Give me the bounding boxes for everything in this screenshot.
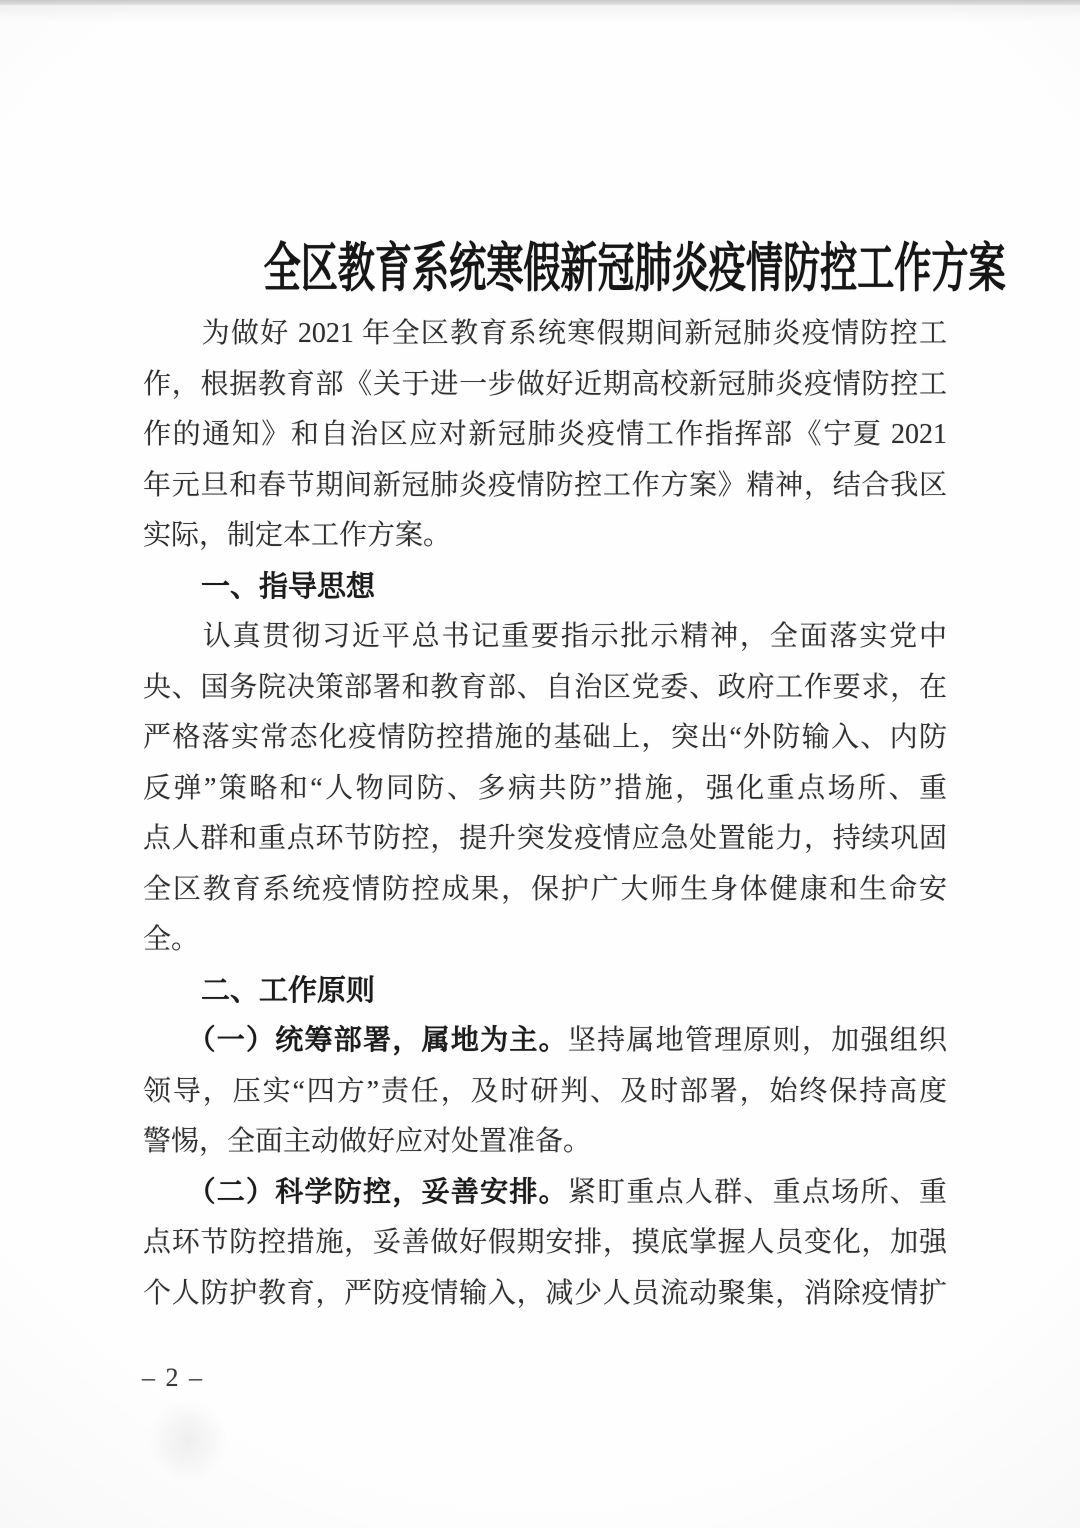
text-segment: 点人群和重点环节防控，提升突发疫情应急处置能力，持续巩固: [143, 823, 947, 854]
text-segment: 严格落实常态化疫情防控措施的基础上，突出“外防输入、内防: [143, 722, 947, 753]
text-segment: 作的通知》和自治区应对新冠肺炎疫情工作指挥部《宁夏 2021: [143, 419, 947, 450]
text-segment: 认真贯彻习近平总书记重要指示批示精神，全面落实党中: [143, 621, 947, 652]
text-line: 年元旦和春节期间新冠肺炎疫情防控工作方案》精神，结合我区: [143, 461, 947, 512]
bold-text-segment: （二）科学防控，妥善安排。: [143, 1177, 568, 1208]
paragraph-heading: 二、工作原则: [143, 966, 947, 1017]
text-line: 作的通知》和自治区应对新冠肺炎疫情工作指挥部《宁夏 2021: [143, 410, 947, 461]
text-segment: 领导，压实“四方”责任，及时研判、及时部署，始终保持高度: [143, 1076, 947, 1107]
text-segment: 实际，制定本工作方案。: [143, 520, 451, 551]
text-line: 点环节防控措施，妥善做好假期安排，摸底掌握人员变化，加强: [143, 1218, 947, 1269]
scanned-document-page: { "document": { "title": "全区教育系统寒假新冠肺炎疫情…: [0, 0, 1080, 1528]
page-number: – 2 –: [142, 1358, 204, 1398]
text-line: 警惕，全面主动做好应对处置准备。: [143, 1117, 947, 1168]
paragraph-body: 为做好 2021 年全区教育系统寒假期间新冠肺炎疫情防控工作，根据教育部《关于进…: [143, 309, 947, 562]
document-title: 全区教育系统寒假新冠肺炎疫情防控工作方案: [264, 238, 827, 300]
paragraph-heading: 一、指导思想: [143, 562, 947, 613]
text-line: 严格落实常态化疫情防控措施的基础上，突出“外防输入、内防: [143, 713, 947, 764]
text-segment: 全区教育系统疫情防控成果，保护广大师生身体健康和生命安: [143, 874, 947, 905]
text-line: 作，根据教育部《关于进一步做好近期高校新冠肺炎疫情防控工: [143, 360, 947, 411]
paragraph-item: （二）科学防控，妥善安排。紧盯重点人群、重点场所、重点环节防控措施，妥善做好假期…: [143, 1168, 947, 1320]
text-segment: 点环节防控措施，妥善做好假期安排，摸底掌握人员变化，加强: [143, 1227, 947, 1258]
text-segment: 坚持属地管理原则，加强组织: [568, 1025, 947, 1056]
paragraph-item: （一）统筹部署，属地为主。坚持属地管理原则，加强组织领导，压实“四方”责任，及时…: [143, 1016, 947, 1168]
text-line: 全区教育系统疫情防控成果，保护广大师生身体健康和生命安: [143, 865, 947, 916]
text-line: 全。: [143, 915, 947, 966]
photo-top-fade: [0, 5, 1080, 23]
bold-text-segment: （一）统筹部署，属地为主。: [143, 1025, 568, 1056]
text-line: 领导，压实“四方”责任，及时研判、及时部署，始终保持高度: [143, 1067, 947, 1118]
text-line: 央、国务院决策部署和教育部、自治区党委、政府工作要求，在: [143, 663, 947, 714]
paragraph-body: 认真贯彻习近平总书记重要指示批示精神，全面落实党中央、国务院决策部署和教育部、自…: [143, 612, 947, 966]
text-line: 个人防护教育，严防疫情输入，减少人员流动聚集，消除疫情扩: [143, 1269, 947, 1320]
text-line: 反弹”策略和“人物同防、多病共防”措施，强化重点场所、重: [143, 764, 947, 815]
text-segment: 个人防护教育，严防疫情输入，减少人员流动聚集，消除疫情扩: [143, 1278, 947, 1309]
text-segment: 全。: [143, 924, 199, 955]
photo-smudge: [148, 1398, 228, 1483]
text-segment: 反弹”策略和“人物同防、多病共防”措施，强化重点场所、重: [143, 773, 947, 804]
bold-text-segment: 一、指导思想: [143, 571, 375, 603]
text-segment: 央、国务院决策部署和教育部、自治区党委、政府工作要求，在: [143, 672, 947, 703]
text-line: 二、工作原则: [143, 966, 947, 1017]
text-line: 认真贯彻习近平总书记重要指示批示精神，全面落实党中: [143, 612, 947, 663]
text-line: 为做好 2021 年全区教育系统寒假期间新冠肺炎疫情防控工: [143, 309, 947, 360]
text-segment: 警惕，全面主动做好应对处置准备。: [143, 1126, 591, 1157]
text-segment: 作，根据教育部《关于进一步做好近期高校新冠肺炎疫情防控工: [143, 369, 947, 400]
text-line: （一）统筹部署，属地为主。坚持属地管理原则，加强组织: [143, 1016, 947, 1067]
text-line: 一、指导思想: [143, 562, 947, 613]
text-line: （二）科学防控，妥善安排。紧盯重点人群、重点场所、重: [143, 1168, 947, 1219]
text-segment: 紧盯重点人群、重点场所、重: [568, 1177, 947, 1208]
text-line: 实际，制定本工作方案。: [143, 511, 947, 562]
bold-text-segment: 二、工作原则: [143, 975, 375, 1007]
document-body: 为做好 2021 年全区教育系统寒假期间新冠肺炎疫情防控工作，根据教育部《关于进…: [143, 309, 947, 1319]
text-segment: 为做好 2021 年全区教育系统寒假期间新冠肺炎疫情防控工: [143, 318, 947, 349]
text-segment: 年元旦和春节期间新冠肺炎疫情防控工作方案》精神，结合我区: [143, 470, 947, 501]
text-line: 点人群和重点环节防控，提升突发疫情应急处置能力，持续巩固: [143, 814, 947, 865]
